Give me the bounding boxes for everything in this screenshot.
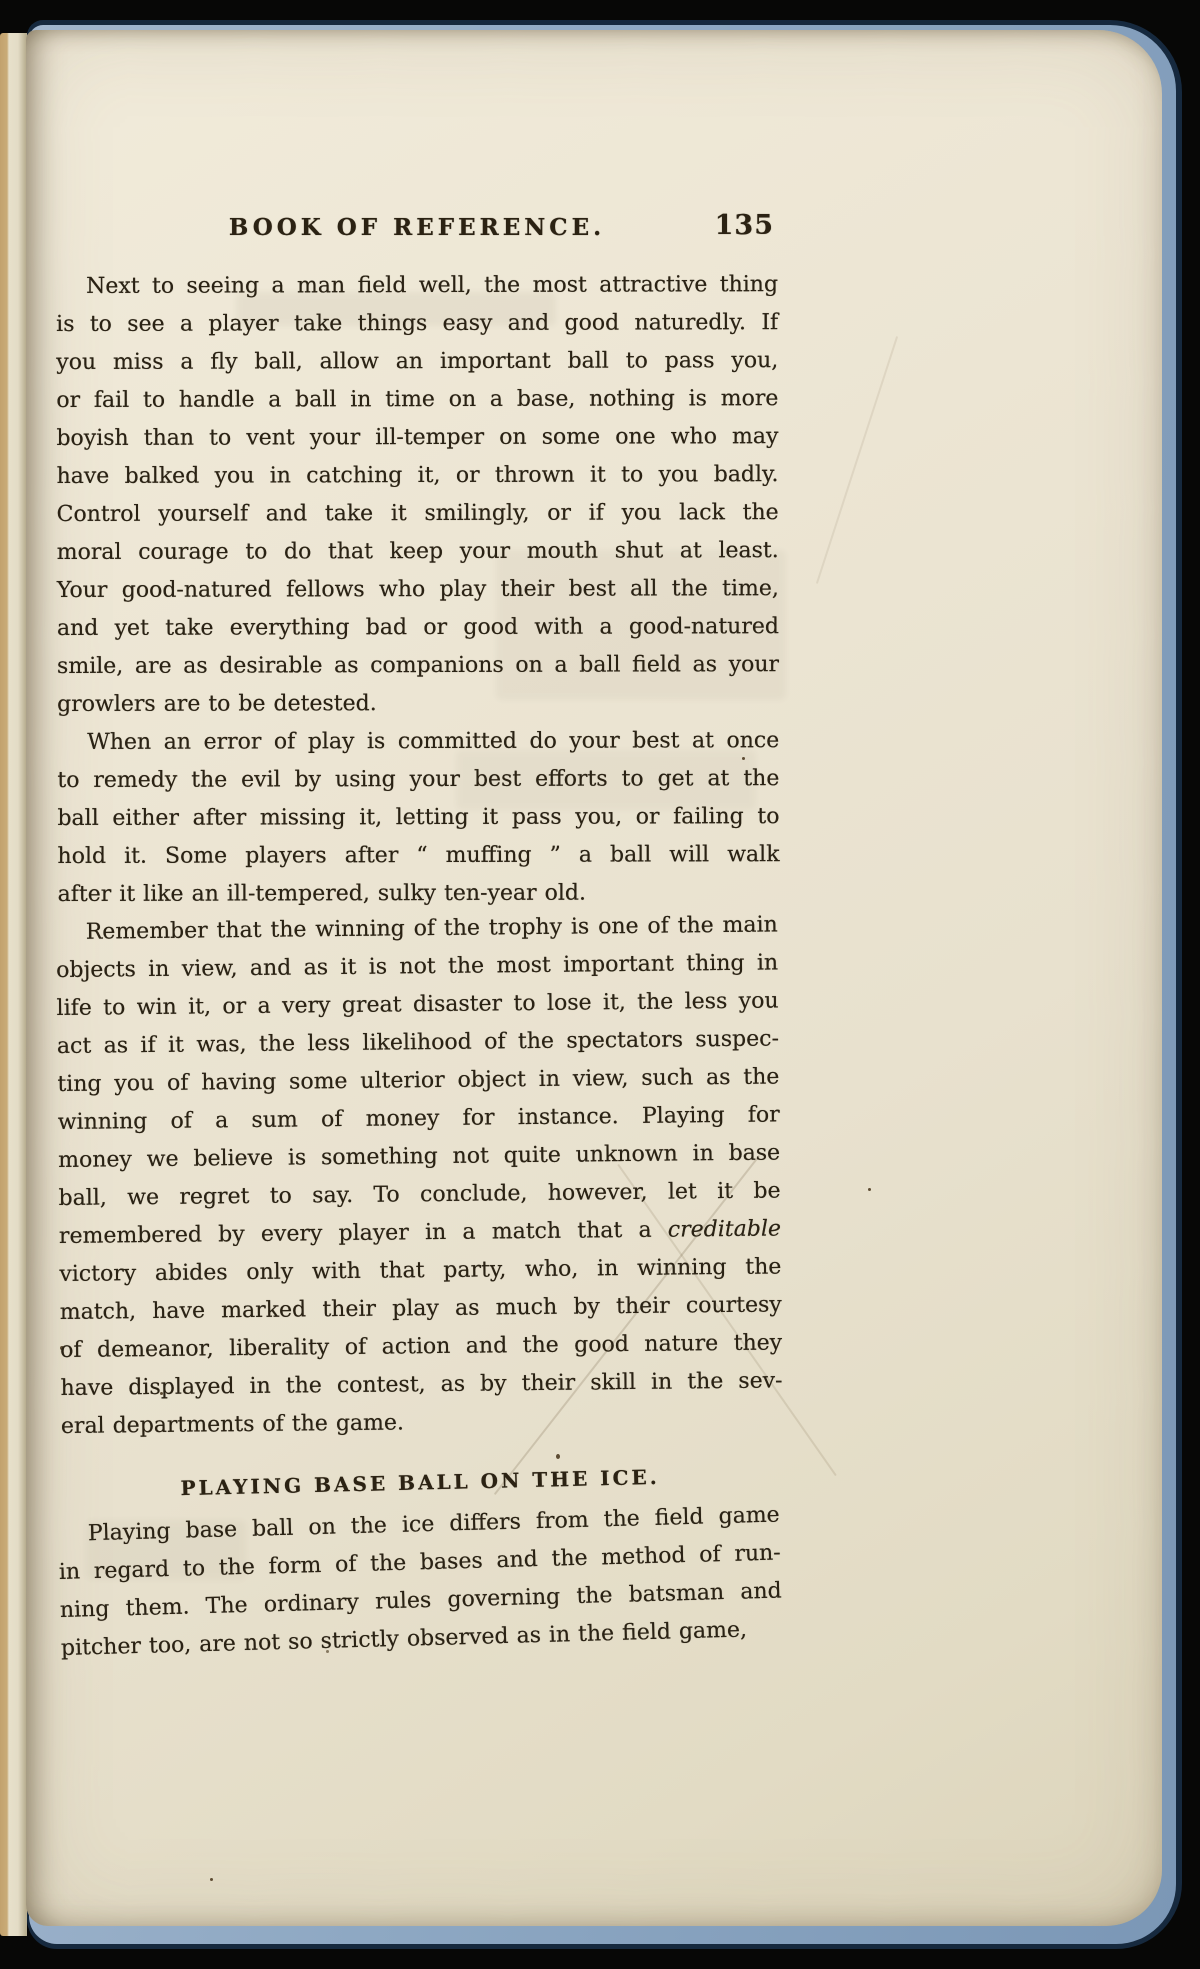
book-page: BOOK OF REFERENCE. 135 Next to seeing a … (26, 30, 1162, 1926)
paragraph: When an error of play is committed do yo… (57, 722, 779, 914)
page-crease (816, 336, 898, 584)
text-line: you miss a fly ball, allow an important … (56, 342, 778, 382)
text-line: is to see a player take things easy and … (56, 304, 778, 344)
text-line: hold it. Some players after “ muffing ” … (57, 836, 779, 876)
text-line: boyish than to vent your ill-temper on s… (56, 418, 778, 458)
text-line: eral departments of the game. (61, 1400, 783, 1446)
text-line: moral courage to do that keep your mouth… (57, 532, 779, 572)
text-line: Your good-natured fellows who play their… (57, 570, 779, 610)
text-line: ball either after missing it, letting it… (57, 798, 779, 838)
text-line: to remedy the evil by using your best ef… (57, 760, 779, 800)
scanned-book-photo: BOOK OF REFERENCE. 135 Next to seeing a … (0, 0, 1200, 1969)
foxing-speck (868, 1188, 871, 1191)
text-line: growlers are to be detested. (57, 684, 779, 724)
text-line: smile, are as desirable as companions on… (57, 646, 779, 686)
text-line: Control yourself and take it smilingly, … (57, 494, 779, 534)
text-line: and yet take everything bad or good with… (57, 608, 779, 648)
adjacent-page-edge (0, 33, 27, 1936)
text-line: Next to seeing a man field well, the mos… (56, 266, 778, 306)
running-head: BOOK OF REFERENCE. (56, 214, 778, 241)
paragraph: Remember that the winning of the trophy … (56, 906, 784, 1446)
paragraph: Playing base ball on the ice differs fro… (57, 1496, 783, 1667)
page-number: 135 (715, 210, 774, 241)
text-line: When an error of play is committed do yo… (57, 722, 779, 762)
paragraph: Next to seeing a man field well, the mos… (56, 266, 779, 724)
foxing-speck (210, 1878, 213, 1881)
text-line: have balked you in catching it, or throw… (56, 456, 778, 496)
page-text: Next to seeing a man field well, the mos… (56, 266, 782, 1668)
page-header: BOOK OF REFERENCE. 135 (56, 214, 778, 254)
section-heading: PLAYING BASE BALL ON THE ICE. (59, 1462, 781, 1503)
text-line: or fail to handle a ball in time on a ba… (56, 380, 778, 420)
text-line: have displayed in the contest, as by the… (60, 1362, 782, 1408)
